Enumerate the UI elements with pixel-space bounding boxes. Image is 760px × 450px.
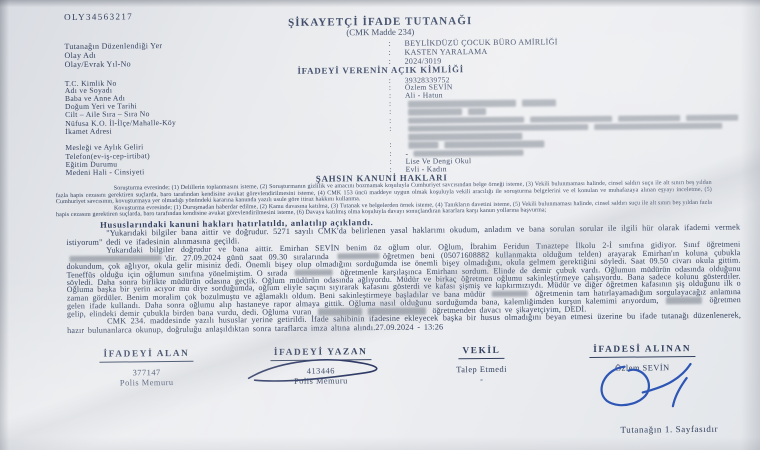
field-colon: : bbox=[389, 100, 405, 108]
field-colon: : bbox=[389, 108, 405, 116]
photographed-document: { "document": { "ref_code": "OLY34563217… bbox=[0, 0, 760, 450]
closing-paragraph: CMK 234. maddesinde yazılı hususlar yeri… bbox=[67, 312, 741, 336]
redaction-block bbox=[368, 308, 426, 315]
legal-rights-block: Soruşturma evresinde; (1) Delillerin top… bbox=[56, 180, 712, 219]
redaction-block bbox=[468, 108, 486, 115]
field-colon: : bbox=[389, 125, 405, 142]
redaction-block bbox=[530, 115, 612, 122]
redaction-block bbox=[444, 141, 544, 148]
field-colon: : bbox=[389, 92, 405, 100]
redaction-block bbox=[408, 116, 524, 124]
redaction-block bbox=[492, 291, 528, 298]
redaction-block bbox=[408, 133, 522, 141]
signature-lines: Özlem SEVİN bbox=[555, 363, 729, 375]
redaction-block bbox=[618, 115, 680, 122]
identity-fields-table: T.C. Kimlik No:39328339752Adı ve Soyadı:… bbox=[65, 73, 760, 177]
field-colon: : bbox=[388, 47, 404, 56]
signature-column: VEKİLTalep Etmedi- bbox=[408, 340, 556, 386]
signature-column-title: İFADEYİ YAZAN bbox=[270, 347, 372, 361]
redaction-block bbox=[686, 114, 738, 121]
document-content: OLY34563217 ŞİKAYETÇİ İFADE TUTANAĞI (CM… bbox=[0, 0, 760, 450]
redaction-block bbox=[413, 149, 523, 157]
signature-lines: 377147Polis Memuru bbox=[60, 368, 234, 390]
redaction-block bbox=[69, 255, 161, 262]
signature-column-title: İFADESİ ALINAN bbox=[589, 344, 695, 358]
signature-line: - bbox=[408, 375, 555, 386]
statement-paragraph: Yukarıdaki bilgiler doğrudur ve bana ait… bbox=[66, 241, 741, 318]
signature-line: Özlem SEVİN bbox=[555, 363, 729, 375]
redaction-block bbox=[408, 142, 438, 149]
signature-lines: 413446Polis Memuru bbox=[234, 366, 408, 388]
redaction-block bbox=[666, 297, 702, 304]
signature-line: Polis Memuru bbox=[60, 378, 234, 390]
signature-column: İFADESİ ALINANÖzlem SEVİN bbox=[555, 338, 730, 385]
field-colon: : bbox=[390, 158, 406, 166]
field-colon: : bbox=[389, 116, 405, 124]
signature-row: İFADEYİ ALAN377147Polis MemuruİFADEYİ YA… bbox=[59, 338, 729, 389]
field-colon: : bbox=[388, 38, 404, 47]
redaction-block bbox=[295, 269, 333, 276]
redaction-block bbox=[338, 253, 380, 260]
field-colon: : bbox=[389, 84, 405, 92]
field-colon: : bbox=[389, 76, 405, 84]
signature-column-title: İFADEYİ ALAN bbox=[99, 349, 193, 363]
signature-lines: Talep Etmedi- bbox=[408, 365, 556, 386]
redaction-block bbox=[408, 100, 516, 108]
redaction-block bbox=[408, 124, 588, 132]
redaction-block bbox=[522, 99, 556, 106]
signature-line: Polis Memuru bbox=[234, 376, 408, 388]
field-colon: : bbox=[389, 141, 405, 149]
field-colon: : bbox=[389, 150, 405, 158]
redaction-block bbox=[318, 308, 362, 315]
redaction-block bbox=[594, 123, 722, 131]
page-number-note: Tutanağın 1. Sayfasıdır bbox=[620, 424, 718, 435]
signature-column: İFADEYİ ALAN377147Polis Memuru bbox=[59, 343, 234, 390]
redaction-block bbox=[408, 109, 462, 116]
signature-column: İFADEYİ YAZAN413446Polis Memuru bbox=[233, 341, 408, 388]
signature-column-title: VEKİL bbox=[458, 346, 504, 359]
